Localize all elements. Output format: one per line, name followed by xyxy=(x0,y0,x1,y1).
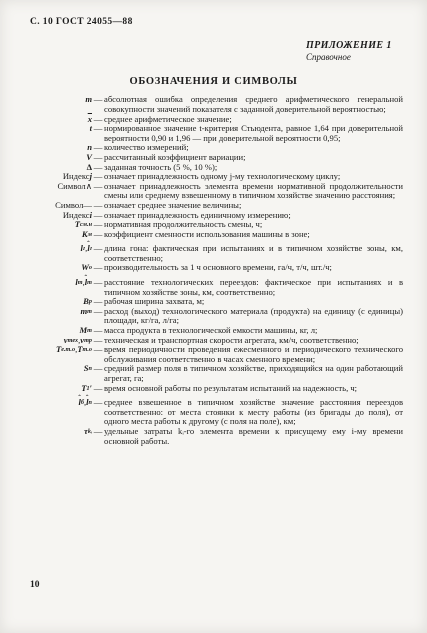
page-title: ОБОЗНАЧЕНИЯ И СИМВОЛЫ xyxy=(0,77,427,87)
term-dash: — xyxy=(92,307,104,317)
symbol-entry: Sп — средний размер поля в типичном хозя… xyxy=(14,364,403,383)
symbols-list: m — абсолютная ошибка определения средне… xyxy=(14,95,403,446)
symbol-definition: удельные затраты kᵢ-го элемента времени … xyxy=(104,427,403,446)
term-dash: — xyxy=(92,384,104,394)
symbol-term: Те.т.о, Тт.о xyxy=(14,345,92,355)
page-number: 10 xyxy=(30,581,40,591)
term-dash: — xyxy=(92,230,104,240)
symbol-definition: время основной работы по результатам исп… xyxy=(104,384,403,394)
term-dash: — xyxy=(92,278,104,288)
symbol-term: Sп xyxy=(14,364,92,374)
symbol-term: Тсм.н xyxy=(14,220,92,230)
page-header: С. 10 ГОСТ 24055—88 xyxy=(30,18,427,28)
symbol-entry: mт — расход (выход) технологического мат… xyxy=(14,307,403,326)
symbol-entry: Те.т.о, Тт.о — время периодичности прове… xyxy=(14,345,403,364)
symbol-entry: Км — коэффициент сменности использования… xyxy=(14,230,403,240)
symbol-entry: Символ ∧ — означает принадлежность элеме… xyxy=(14,182,403,201)
symbol-term: Индекс i xyxy=(14,211,92,221)
symbol-definition: время периодичности проведения ежесменно… xyxy=(104,345,403,364)
symbol-term: lг, lг xyxy=(14,244,92,254)
symbol-definition: расстояние технологических переездов: фа… xyxy=(104,278,403,297)
appendix-label: ПРИЛОЖЕНИЕ 1 xyxy=(306,41,406,51)
symbol-term: lт, lт xyxy=(14,278,92,288)
term-dash: — xyxy=(92,124,104,134)
symbol-term: lб, lп xyxy=(14,398,92,408)
term-dash: — xyxy=(92,182,104,192)
term-dash: — xyxy=(92,244,104,254)
symbol-term: n xyxy=(14,143,92,153)
symbol-entry: m — абсолютная ошибка определения средне… xyxy=(14,95,403,114)
symbol-definition: коэффициент сменности использования маши… xyxy=(104,230,403,240)
symbol-term: Т1′ xyxy=(14,384,92,394)
symbol-term: Wо xyxy=(14,263,92,273)
appendix-block: ПРИЛОЖЕНИЕ 1 Справочное xyxy=(306,41,406,63)
symbol-entry: τkᵢ — удельные затраты kᵢ-го элемента вр… xyxy=(14,427,403,446)
term-dash: — xyxy=(92,263,104,273)
symbol-entry: t — нормированное значение t-критерия Ст… xyxy=(14,124,403,143)
symbol-entry: lб, lп — среднее взвешенное в типичном х… xyxy=(14,398,403,427)
symbol-term: mт xyxy=(14,307,92,317)
symbol-definition: длина гона: фактическая при испытаниях и… xyxy=(104,244,403,263)
symbol-term: V xyxy=(14,153,92,163)
symbol-definition: означает принадлежность элемента времени… xyxy=(104,182,403,201)
symbol-entry: lг, lг — длина гона: фактическая при исп… xyxy=(14,244,403,263)
symbol-term: Км xyxy=(14,230,92,240)
term-dash: — xyxy=(92,427,104,437)
symbol-term: m xyxy=(14,95,92,105)
term-dash: — xyxy=(92,95,104,105)
symbol-definition: нормированное значение t-критерия Стьюде… xyxy=(104,124,403,143)
symbol-term: x xyxy=(14,115,92,125)
symbol-entry: Wо — производительность за 1 ч основного… xyxy=(14,263,403,273)
symbol-definition: средний размер поля в типичном хозяйстве… xyxy=(104,364,403,383)
symbol-entry: lт, lт — расстояние технологических пере… xyxy=(14,278,403,297)
symbol-definition: производительность за 1 ч основного врем… xyxy=(104,263,403,273)
symbol-definition: абсолютная ошибка определения среднего а… xyxy=(104,95,403,114)
term-dash: — xyxy=(92,398,104,408)
symbol-definition: расход (выход) технологического материал… xyxy=(104,307,403,326)
appendix-type: Справочное xyxy=(306,53,406,63)
symbol-term: t xyxy=(14,124,92,134)
symbol-term: Символ ∧ xyxy=(14,182,92,192)
symbol-entry: Т1′ — время основной работы по результат… xyxy=(14,384,403,394)
symbol-definition: среднее взвешенное в типичном хозяйстве … xyxy=(104,398,403,427)
term-dash: — xyxy=(92,364,104,374)
term-dash: — xyxy=(92,345,104,355)
scanned-gost-page: { "page": { "header_left": "С. 10 ГОСТ 2… xyxy=(0,0,427,633)
symbol-term: τkᵢ xyxy=(14,427,92,437)
